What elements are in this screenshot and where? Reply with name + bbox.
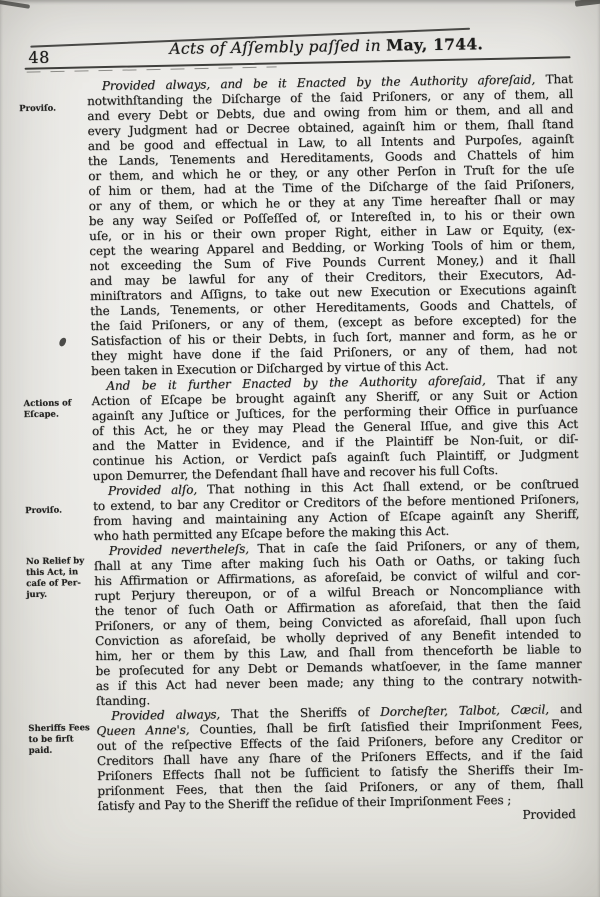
margin-note: No Relief bythis Act, incaſe of Per-jury… — [26, 556, 91, 601]
text-segment: That — [535, 72, 573, 87]
margin-note: Proviſo. — [25, 505, 89, 517]
paragraph: Proviſo.Provided alſo, That nothing in t… — [93, 477, 580, 544]
margin-note-line: caſe of Per- — [26, 578, 90, 590]
paragraph: Proviſo.Provided always, and be it Enact… — [87, 72, 577, 379]
ink-spot — [58, 337, 67, 347]
running-title: Acts of Aſſembly paſſed in May, 1744. — [58, 33, 594, 60]
body-text: Proviſo.Provided always, and be it Enact… — [87, 72, 584, 829]
document-page: 48 Acts of Aſſembly paſſed in May, 1744.… — [0, 0, 600, 897]
text-segment: Provided alſo, — [108, 483, 197, 498]
margin-note-line: No Relief by — [26, 556, 90, 568]
paragraph: Sheriffs Feesto be firſtpaid.Provided al… — [96, 702, 584, 814]
running-title-segment: May, 1744. — [386, 34, 483, 54]
margin-note-line: Eſcape. — [24, 409, 88, 421]
text-segment: and — [549, 702, 583, 716]
text-segment: Provided nevertheleſs, — [109, 542, 249, 558]
margin-note-line: Sheriffs Fees — [28, 723, 92, 735]
text-segment: That the Sheriffs of — [220, 705, 380, 721]
margin-note-line: paid. — [29, 745, 93, 757]
page-content: 48 Acts of Aſſembly paſſed in May, 1744.… — [0, 0, 600, 897]
paragraph: Actions ofEſcape.And be it further Enact… — [91, 372, 579, 484]
margin-note-line: jury. — [26, 589, 90, 601]
text-segment: That if any — [486, 372, 578, 387]
margin-note-line: Proviſo. — [25, 505, 89, 517]
text-segment: Provided always, — [111, 707, 220, 723]
margin-note: Sheriffs Feesto be firſtpaid. — [28, 723, 92, 757]
text-segment: Dorcheſter, Talbot, Cæcil, — [380, 702, 549, 719]
text-segment: Queen Anne's, — [96, 723, 189, 738]
margin-note: Actions ofEſcape. — [24, 398, 88, 421]
paragraph: No Relief bythis Act, incaſe of Per-jury… — [94, 537, 582, 709]
page-number: 48 — [28, 48, 50, 67]
margin-note: Proviſo. — [19, 103, 83, 115]
running-title-segment: Acts of Aſſembly paſſed in — [169, 37, 386, 58]
margin-note-line: Proviſo. — [19, 103, 83, 115]
